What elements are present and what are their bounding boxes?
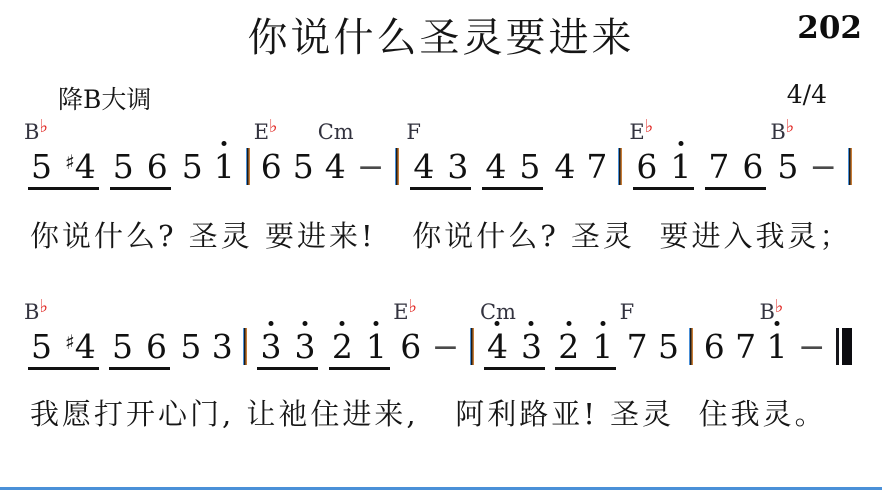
note-digit: 3 (212, 327, 233, 366)
note: B♭5 (31, 330, 52, 363)
note: 1 (214, 150, 235, 183)
note: 5 (519, 150, 540, 183)
note-group: 76 (705, 150, 766, 190)
chord-root-label: B (770, 120, 785, 144)
note-digit: 2 (332, 327, 353, 366)
note-digit: 3 (521, 327, 542, 366)
note: 1 (366, 330, 387, 363)
note: 3 (447, 150, 468, 183)
note-digit: 6 (146, 327, 167, 366)
flat-icon: ♭ (775, 296, 784, 317)
note: 3 (521, 330, 542, 363)
octave-dot-icon (566, 321, 571, 326)
note-single: E♭6 (400, 330, 421, 370)
note: B♭5 (777, 150, 798, 183)
note-digit: 5 (658, 327, 679, 366)
octave-dot-icon (529, 321, 534, 326)
note: E♭6 (261, 150, 282, 183)
note-single: 7 (735, 330, 756, 370)
note-group: Cm43 (484, 330, 545, 370)
chord-root-label: F (620, 300, 635, 324)
chord-root-label: F (406, 120, 421, 144)
note-digit: 7 (627, 327, 648, 366)
chord-label: F (406, 122, 421, 143)
barline (618, 148, 622, 185)
note-digit: 3 (447, 147, 468, 186)
note-digit: 1 (366, 327, 387, 366)
note-group: 21 (555, 330, 616, 370)
note: 5 (113, 150, 134, 183)
note: 3 (294, 330, 315, 363)
note: 1 (670, 150, 691, 183)
note: B♭5 (31, 150, 52, 183)
lyrics-line-2: 我愿打开心门, 让祂住进来, 阿利路亚! 圣灵 住我灵。 (30, 392, 827, 433)
note: 6 (704, 330, 725, 363)
barline (848, 148, 852, 185)
note: 5 (180, 330, 201, 363)
note-single: 5 (180, 330, 201, 370)
octave-dot-icon (222, 141, 227, 146)
note-group: F43 (410, 150, 471, 190)
note: F4 (413, 150, 434, 183)
note-single: 6 (704, 330, 725, 370)
note: 1 (592, 330, 613, 363)
octave-dot-icon (774, 321, 779, 326)
note-digit: 5 (31, 147, 52, 186)
chord-label: E♭ (254, 122, 278, 143)
key-row: 降B大调 4/4 (58, 80, 827, 116)
note-digit: 4 (485, 147, 506, 186)
note-group: B♭5♯4 (28, 330, 99, 370)
note-digit: 7 (708, 147, 729, 186)
key-signature-label: 降B大调 (58, 80, 151, 116)
note-single: 4 (554, 150, 575, 190)
chord-label: F (620, 302, 635, 323)
note: B♭1 (766, 330, 787, 363)
note-digit: 5 (113, 147, 134, 186)
note-single: 1 (214, 150, 235, 190)
note: Cm4 (487, 330, 508, 363)
note-single: F7 (627, 330, 648, 370)
note-group: 56 (110, 150, 171, 190)
chord-label: B♭ (759, 302, 783, 323)
note-single: 5 (293, 150, 314, 190)
chord-root-label: E (629, 120, 644, 144)
note-digit: 5 (182, 147, 203, 186)
note-group: E♭61 (633, 150, 694, 190)
note-digit: 7 (735, 327, 756, 366)
note-group: 45 (482, 150, 543, 190)
note: ♯4 (65, 330, 96, 363)
note-digit: 4 (75, 147, 96, 186)
chord-label: B♭ (24, 302, 48, 323)
note: 3 (212, 330, 233, 363)
note-digit: 4 (75, 327, 96, 366)
flat-icon: ♭ (39, 116, 48, 137)
octave-dot-icon (374, 321, 379, 326)
chord-label: Cm (318, 122, 354, 143)
note-single: E♭6 (261, 150, 282, 190)
note-digit: 6 (742, 147, 763, 186)
chord-root-label: E (393, 300, 408, 324)
note-digit: 1 (592, 327, 613, 366)
duration-dash: − (809, 150, 837, 190)
barline (395, 148, 399, 185)
note-digit: 4 (325, 147, 346, 186)
note: 2 (332, 330, 353, 363)
duration-dash: − (357, 150, 385, 190)
note: 6 (742, 150, 763, 183)
octave-dot-icon (495, 321, 500, 326)
chord-root-label: B (24, 300, 39, 324)
sharp-icon: ♯ (65, 152, 75, 172)
note-digit: 3 (294, 327, 315, 366)
octave-dot-icon (268, 321, 273, 326)
note-digit: 1 (214, 147, 235, 186)
note: 7 (708, 150, 729, 183)
octave-dot-icon (302, 321, 307, 326)
note: Cm4 (325, 150, 346, 183)
note: 6 (147, 150, 168, 183)
note: 7 (586, 150, 607, 183)
lyrics-line-1: 你说什么? 圣灵 要进来! 你说什么? 圣灵 要进入我灵； (30, 214, 852, 255)
note-single: Cm4 (325, 150, 346, 190)
note-digit: 5 (777, 147, 798, 186)
note-single: 7 (586, 150, 607, 190)
note-digit: 4 (413, 147, 434, 186)
chord-root-label: E (254, 120, 269, 144)
note: 5 (182, 150, 203, 183)
note-digit: 5 (180, 327, 201, 366)
note-digit: 5 (31, 327, 52, 366)
note-digit: 6 (704, 327, 725, 366)
duration-dash: − (798, 330, 826, 370)
chord-label: E♭ (629, 122, 653, 143)
note-digit: 1 (670, 147, 691, 186)
note: 6 (146, 330, 167, 363)
note: 3 (260, 330, 281, 363)
barline (246, 148, 250, 185)
note: E♭6 (636, 150, 657, 183)
note: 4 (485, 150, 506, 183)
flat-icon: ♭ (269, 116, 278, 137)
octave-dot-icon (678, 141, 683, 146)
note-single: 5 (182, 150, 203, 190)
octave-dot-icon (600, 321, 605, 326)
note: F7 (627, 330, 648, 363)
barline (243, 328, 247, 365)
final-barline (836, 328, 852, 365)
note-single: B♭5 (777, 150, 798, 190)
note: 5 (112, 330, 133, 363)
flat-icon: ♭ (786, 116, 795, 137)
chord-label: E♭ (393, 302, 417, 323)
note: E♭6 (400, 330, 421, 363)
note: 7 (735, 330, 756, 363)
final-barline-thin (836, 328, 839, 365)
barline (470, 328, 474, 365)
sharp-icon: ♯ (65, 332, 75, 352)
note-digit: 6 (400, 327, 421, 366)
note-group: 56 (109, 330, 170, 370)
flat-icon: ♭ (39, 296, 48, 317)
chord-root-label: Cm (318, 120, 354, 144)
note-digit: 7 (586, 147, 607, 186)
note-group: B♭5♯4 (28, 150, 99, 190)
note-single: 3 (212, 330, 233, 370)
chord-root-label: B (759, 300, 774, 324)
note-digit: 6 (261, 147, 282, 186)
note-digit: 5 (112, 327, 133, 366)
note-digit: 5 (519, 147, 540, 186)
note-digit: 3 (260, 327, 281, 366)
note-group: 21 (329, 330, 390, 370)
chord-label: Cm (480, 302, 516, 323)
note-single: 5 (658, 330, 679, 370)
score-line-1: B♭5♯45651E♭65Cm4−F434547E♭6176B♭5− (28, 126, 852, 190)
note-group: 33 (257, 330, 318, 370)
flat-icon: ♭ (645, 116, 654, 137)
note: 5 (658, 330, 679, 363)
note-digit: 6 (147, 147, 168, 186)
chord-label: B♭ (770, 122, 794, 143)
note: ♯4 (65, 150, 96, 183)
note-digit: 2 (558, 327, 579, 366)
note: 4 (554, 150, 575, 183)
note: 5 (293, 150, 314, 183)
note: 2 (558, 330, 579, 363)
time-signature: 4/4 (787, 80, 827, 116)
chord-label: B♭ (24, 122, 48, 143)
barline (689, 328, 693, 365)
duration-dash: − (432, 330, 460, 370)
page-title: 你说什么圣灵要进来 (0, 6, 882, 63)
note-digit: 4 (487, 327, 508, 366)
note-single: B♭1 (766, 330, 787, 370)
flat-icon: ♭ (409, 296, 418, 317)
chord-root-label: B (24, 120, 39, 144)
score-line-2: B♭5♯456533321E♭6−Cm4321F7567B♭1− (28, 306, 852, 370)
note-digit: 4 (554, 147, 575, 186)
final-barline-thick (842, 328, 852, 365)
note-digit: 6 (636, 147, 657, 186)
note-digit: 1 (766, 327, 787, 366)
octave-dot-icon (340, 321, 345, 326)
song-number: 202 (797, 10, 862, 46)
note-digit: 5 (293, 147, 314, 186)
sheet-page: 你说什么圣灵要进来 202 降B大调 4/4 B♭5♯45651E♭65Cm4−… (0, 0, 882, 490)
